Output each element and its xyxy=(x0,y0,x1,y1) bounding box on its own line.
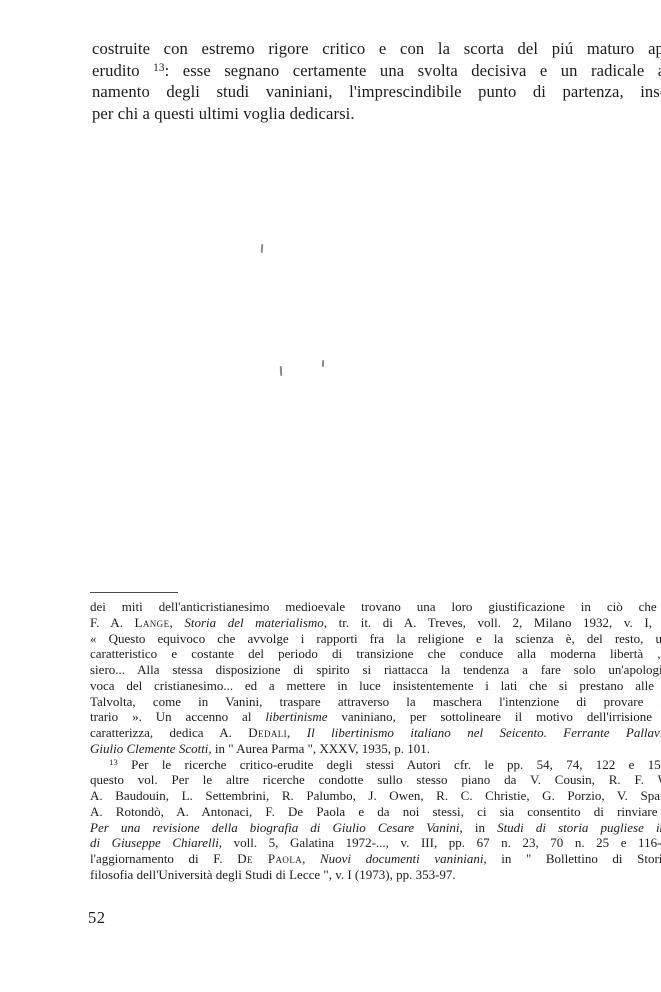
body-text-paragraph: costruite con estremo rigore critico e c… xyxy=(92,38,661,124)
footnote-line: dei miti dell'anticristianesimo medioeva… xyxy=(90,599,661,615)
scan-artifact xyxy=(322,360,324,367)
scan-artifact xyxy=(280,366,283,376)
body-text-line: costruite con estremo rigore critico e c… xyxy=(92,38,661,60)
footnote-line: l'aggiornamento di F. De Paola, Nuovi do… xyxy=(90,851,661,867)
footnote-line: Per una revisione della biografia di Giu… xyxy=(90,820,661,836)
footnote-separator xyxy=(90,592,178,593)
footnote-line: caratteristico e costante del periodo di… xyxy=(90,646,661,662)
body-text-line: namento degli studi vaniniani, l'impresc… xyxy=(92,81,661,103)
footnote-line-13-start: 13 Per le ricerche critico-erudite degli… xyxy=(90,757,661,773)
footnote-block: dei miti dell'anticristianesimo medioeva… xyxy=(90,599,661,883)
footnote-line: filosofia dell'Università degli Studi di… xyxy=(90,867,661,883)
body-text-line: erudito 13: esse segnano certamente una … xyxy=(92,60,661,82)
footnote-line: siero... Alla stessa disposizione di spi… xyxy=(90,662,661,678)
footnote-line: trario ». Un accenno al libertinisme van… xyxy=(90,709,661,725)
footnote-line: Giulio Clemente Scotti, in " Aurea Parma… xyxy=(90,741,661,757)
footnote-line: caratterizza, dedica A. Dedali, Il liber… xyxy=(90,725,661,741)
footnote-line: voca del cristianesimo... ed a mettere i… xyxy=(90,678,661,694)
page-number: 52 xyxy=(88,908,106,928)
footnote-line: F. A. Lange, Storia del materialismo, tr… xyxy=(90,615,661,631)
footnote-line: A. Rotondò, A. Antonaci, F. De Paola e d… xyxy=(90,804,661,820)
scan-artifact xyxy=(261,244,264,253)
footnote-line: A. Baudouin, L. Settembrini, R. Palumbo,… xyxy=(90,788,661,804)
body-text-line: per chi a questi ultimi voglia dedicarsi… xyxy=(92,103,661,125)
footnote-line: « Questo equivoco che avvolge i rapporti… xyxy=(90,631,661,647)
footnote-line: di Giuseppe Chiarelli, voll. 5, Galatina… xyxy=(90,835,661,851)
scanned-book-page: costruite con estremo rigore critico e c… xyxy=(0,0,661,992)
footnote-line: Talvolta, come in Vanini, traspare attra… xyxy=(90,694,661,710)
footnote-line: questo vol. Per le altre ricerche condot… xyxy=(90,772,661,788)
